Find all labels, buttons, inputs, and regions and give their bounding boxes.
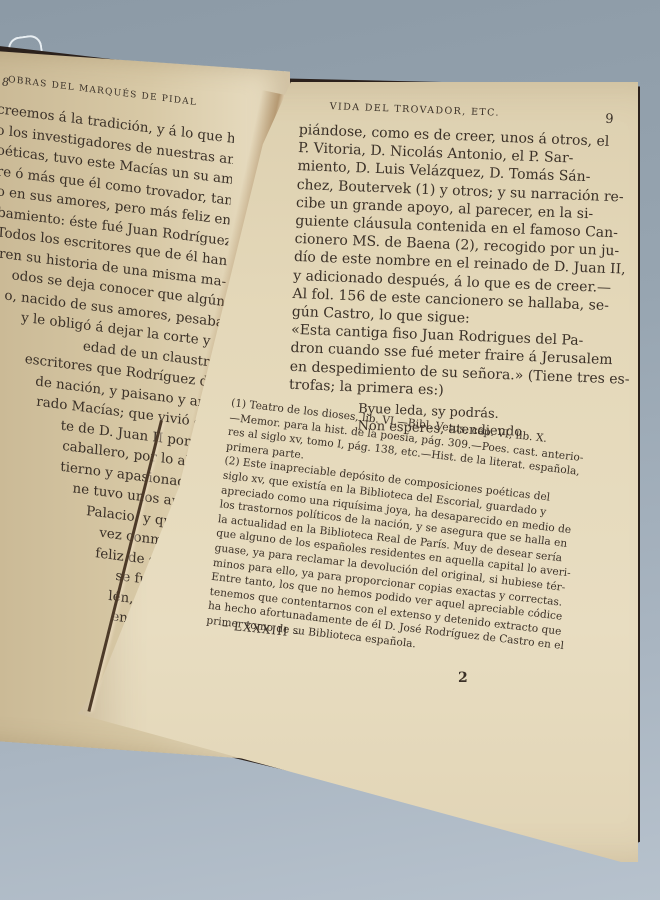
book-photo: 8 OBRAS DEL MARQUÉS DE PIDAL Si creemos … bbox=[0, 0, 660, 900]
sheet-number: 2 bbox=[458, 670, 468, 686]
right-page-text: VIDA DEL TROVADOR, ETC. 9 piándose, como… bbox=[287, 100, 630, 448]
right-page-number: 9 bbox=[605, 112, 614, 127]
left-running-head: OBRAS DEL MARQUÉS DE PIDAL bbox=[8, 75, 197, 108]
right-body: piándose, como es de creer, unos á otros… bbox=[289, 121, 629, 407]
